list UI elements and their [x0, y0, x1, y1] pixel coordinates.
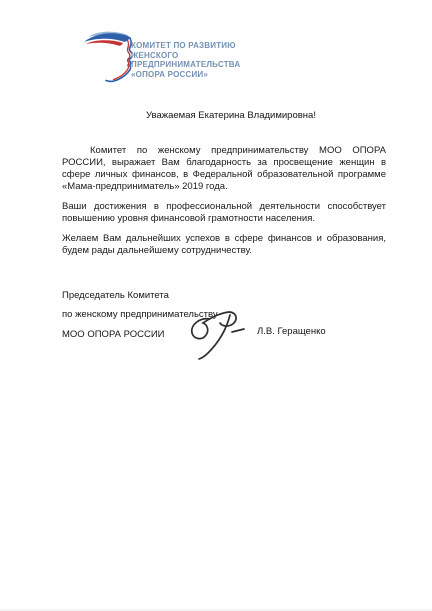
letter-page: КОМИТЕТ ПО РАЗВИТИЮ ЖЕНСКОГО ПРЕДПРИНИМА… [0, 0, 432, 611]
org-name: КОМИТЕТ ПО РАЗВИТИЮ ЖЕНСКОГО ПРЕДПРИНИМА… [131, 41, 240, 80]
org-name-line: «ОПОРА РОССИИ» [131, 70, 240, 80]
signature-block: Председатель Комитета по женскому предпр… [0, 290, 432, 370]
org-logo-woman-profile-icon [84, 30, 132, 86]
logo-red-band [86, 40, 123, 45]
handwritten-signature [182, 303, 250, 361]
org-name-line: ПРЕДПРИНИМАТЕЛЬСТВА [131, 60, 240, 70]
org-name-line: ЖЕНСКОГО [131, 51, 240, 61]
letter-paragraph: Желаем Вам дальнейших успехов в сфере фи… [62, 233, 386, 257]
letter-paragraph: Комитет по женскому предпринимательству … [62, 145, 386, 193]
letterhead: КОМИТЕТ ПО РАЗВИТИЮ ЖЕНСКОГО ПРЕДПРИНИМА… [0, 0, 432, 95]
signatory-name: Л.В. Геращенко [257, 326, 326, 337]
org-name-line: КОМИТЕТ ПО РАЗВИТИЮ [131, 41, 240, 51]
signature-stroke [232, 329, 244, 332]
letter-paragraph: Ваши достижения в профессиональной деяте… [62, 201, 386, 225]
letter-body: Комитет по женскому предпринимательству … [62, 145, 386, 265]
greeting-line: Уважаемая Екатерина Владимировна! [62, 110, 400, 121]
